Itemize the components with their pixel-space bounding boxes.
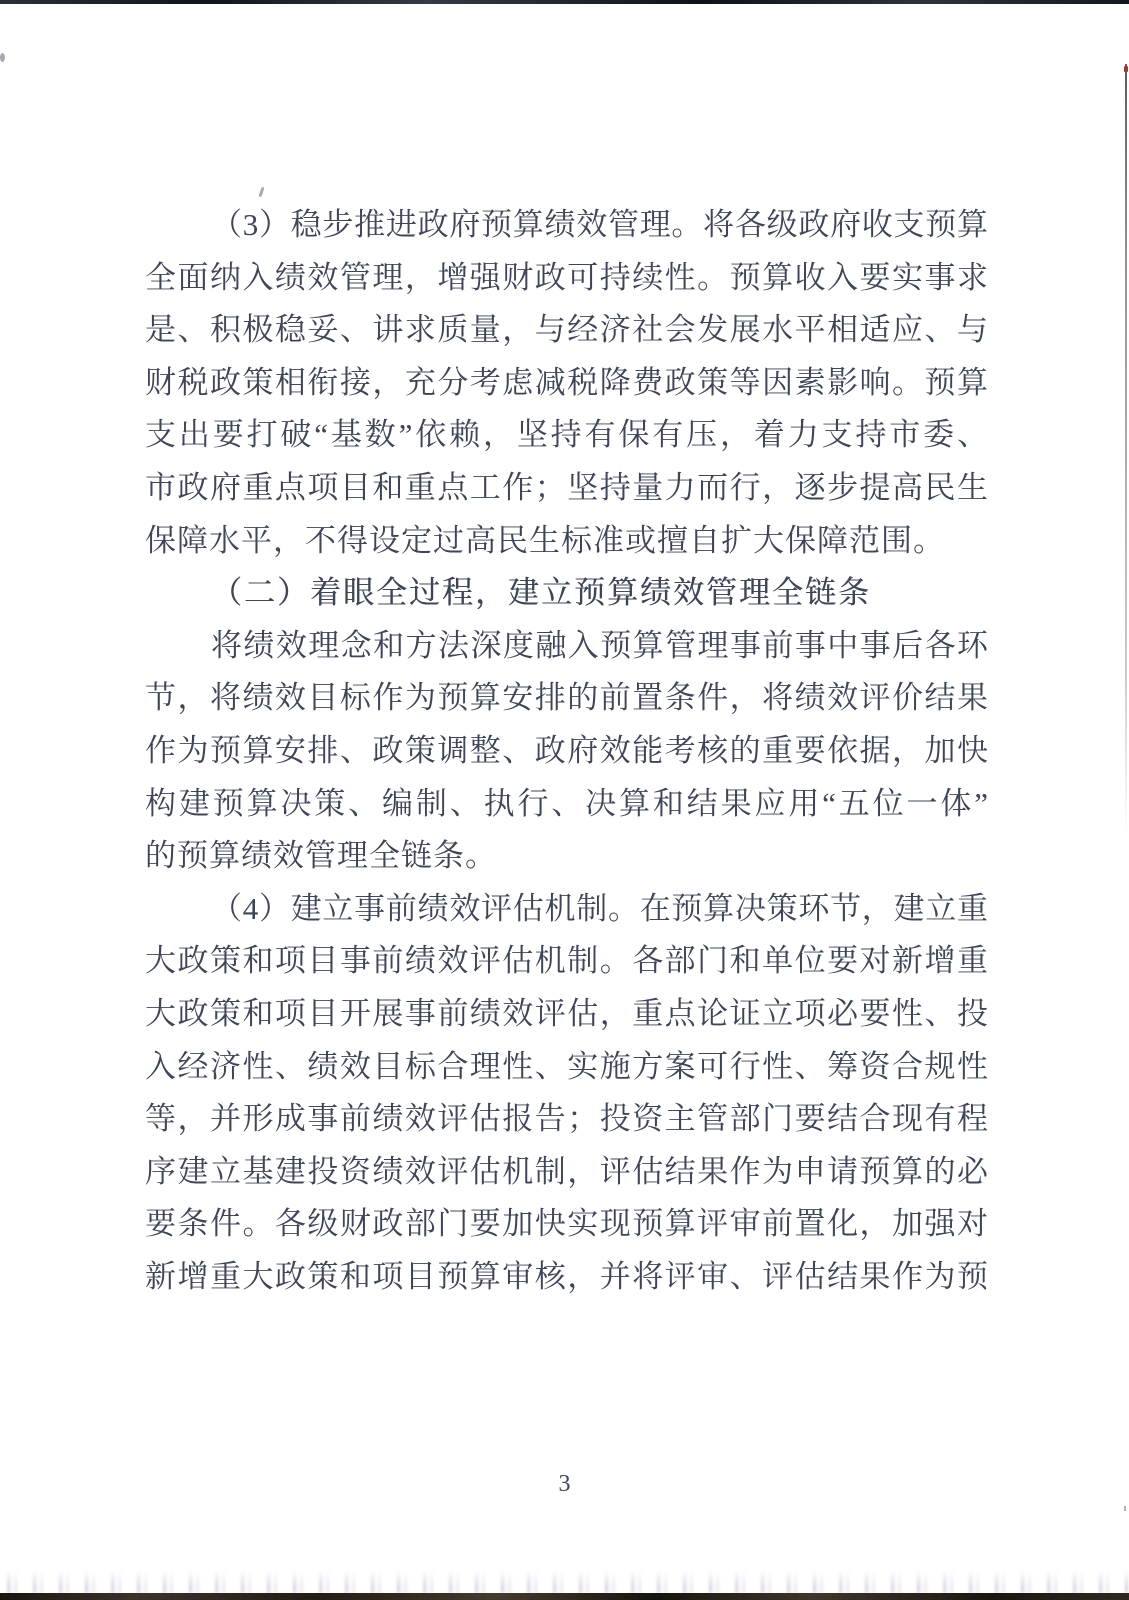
text-line: 新增重大政策和项目预算审核，并将评审、评估结果作为预 — [145, 1251, 988, 1304]
text-line: 大政策和项目事前绩效评估机制。各部门和单位要对新增重 — [145, 935, 988, 988]
text-line: 保障水平，不得设定过高民生标准或擅自扩大保障范围。 — [145, 515, 988, 568]
text-line: 等，并形成事前绩效评估报告；投资主管部门要结合现有程 — [145, 1093, 988, 1146]
text-line: 财税政策相衔接，充分考虑减税降费政策等因素影响。预算 — [145, 357, 988, 410]
text-line: （3）稳步推进政府预算绩效管理。将各级政府收支预算 — [145, 199, 988, 252]
text-line: 序建立基建投资绩效评估机制，评估结果作为申请预算的必 — [145, 1146, 988, 1199]
scan-artifact-red-speck — [1124, 66, 1128, 72]
scan-artifact-top-edge — [0, 0, 1129, 4]
scan-artifact-left-speck — [0, 53, 5, 62]
text-line: 节，将绩效目标作为预算安排的前置条件，将绩效评价结果 — [145, 672, 988, 725]
document-body: （3）稳步推进政府预算绩效管理。将各级政府收支预算全面纳入绩效管理，增强财政可持… — [145, 199, 988, 1303]
text-line: 大政策和项目开展事前绩效评估，重点论证立项必要性、投 — [145, 988, 988, 1041]
scan-artifact-blue-speck — [1124, 1506, 1126, 1511]
scanned-document-page: （3）稳步推进政府预算绩效管理。将各级政府收支预算全面纳入绩效管理，增强财政可持… — [0, 0, 1129, 1600]
text-line: 是、积极稳妥、讲求质量，与经济社会发展水平相适应、与 — [145, 304, 988, 357]
text-line: 的预算绩效管理全链条。 — [145, 830, 988, 883]
scan-artifact-bottom-edge — [0, 1593, 1129, 1600]
text-line: （4）建立事前绩效评估机制。在预算决策环节，建立重 — [145, 883, 988, 936]
text-line: 要条件。各级财政部门要加快实现预算评审前置化，加强对 — [145, 1198, 988, 1251]
text-line: 全面纳入绩效管理，增强财政可持续性。预算收入要实事求 — [145, 252, 988, 305]
text-line: 构建预算决策、编制、执行、决算和结果应用“五位一体” — [145, 778, 988, 831]
scan-artifact-ink-speck — [259, 187, 265, 197]
scan-artifact-right-edge — [1125, 64, 1127, 834]
text-line: 入经济性、绩效目标合理性、实施方案可行性、筹资合规性 — [145, 1041, 988, 1094]
text-line: 作为预算安排、政策调整、政府效能考核的重要依据，加快 — [145, 725, 988, 778]
text-line: 市政府重点项目和重点工作；坚持量力而行，逐步提高民生 — [145, 462, 988, 515]
page-number: 3 — [0, 1471, 1129, 1498]
text-line: 支出要打破“基数”依赖，坚持有保有压，着力支持市委、 — [145, 409, 988, 462]
section-heading: （二）着眼全过程，建立预算绩效管理全链条 — [145, 567, 988, 620]
scan-artifact-bottom-noise — [0, 1569, 1129, 1593]
text-line: 将绩效理念和方法深度融入预算管理事前事中事后各环 — [145, 620, 988, 673]
